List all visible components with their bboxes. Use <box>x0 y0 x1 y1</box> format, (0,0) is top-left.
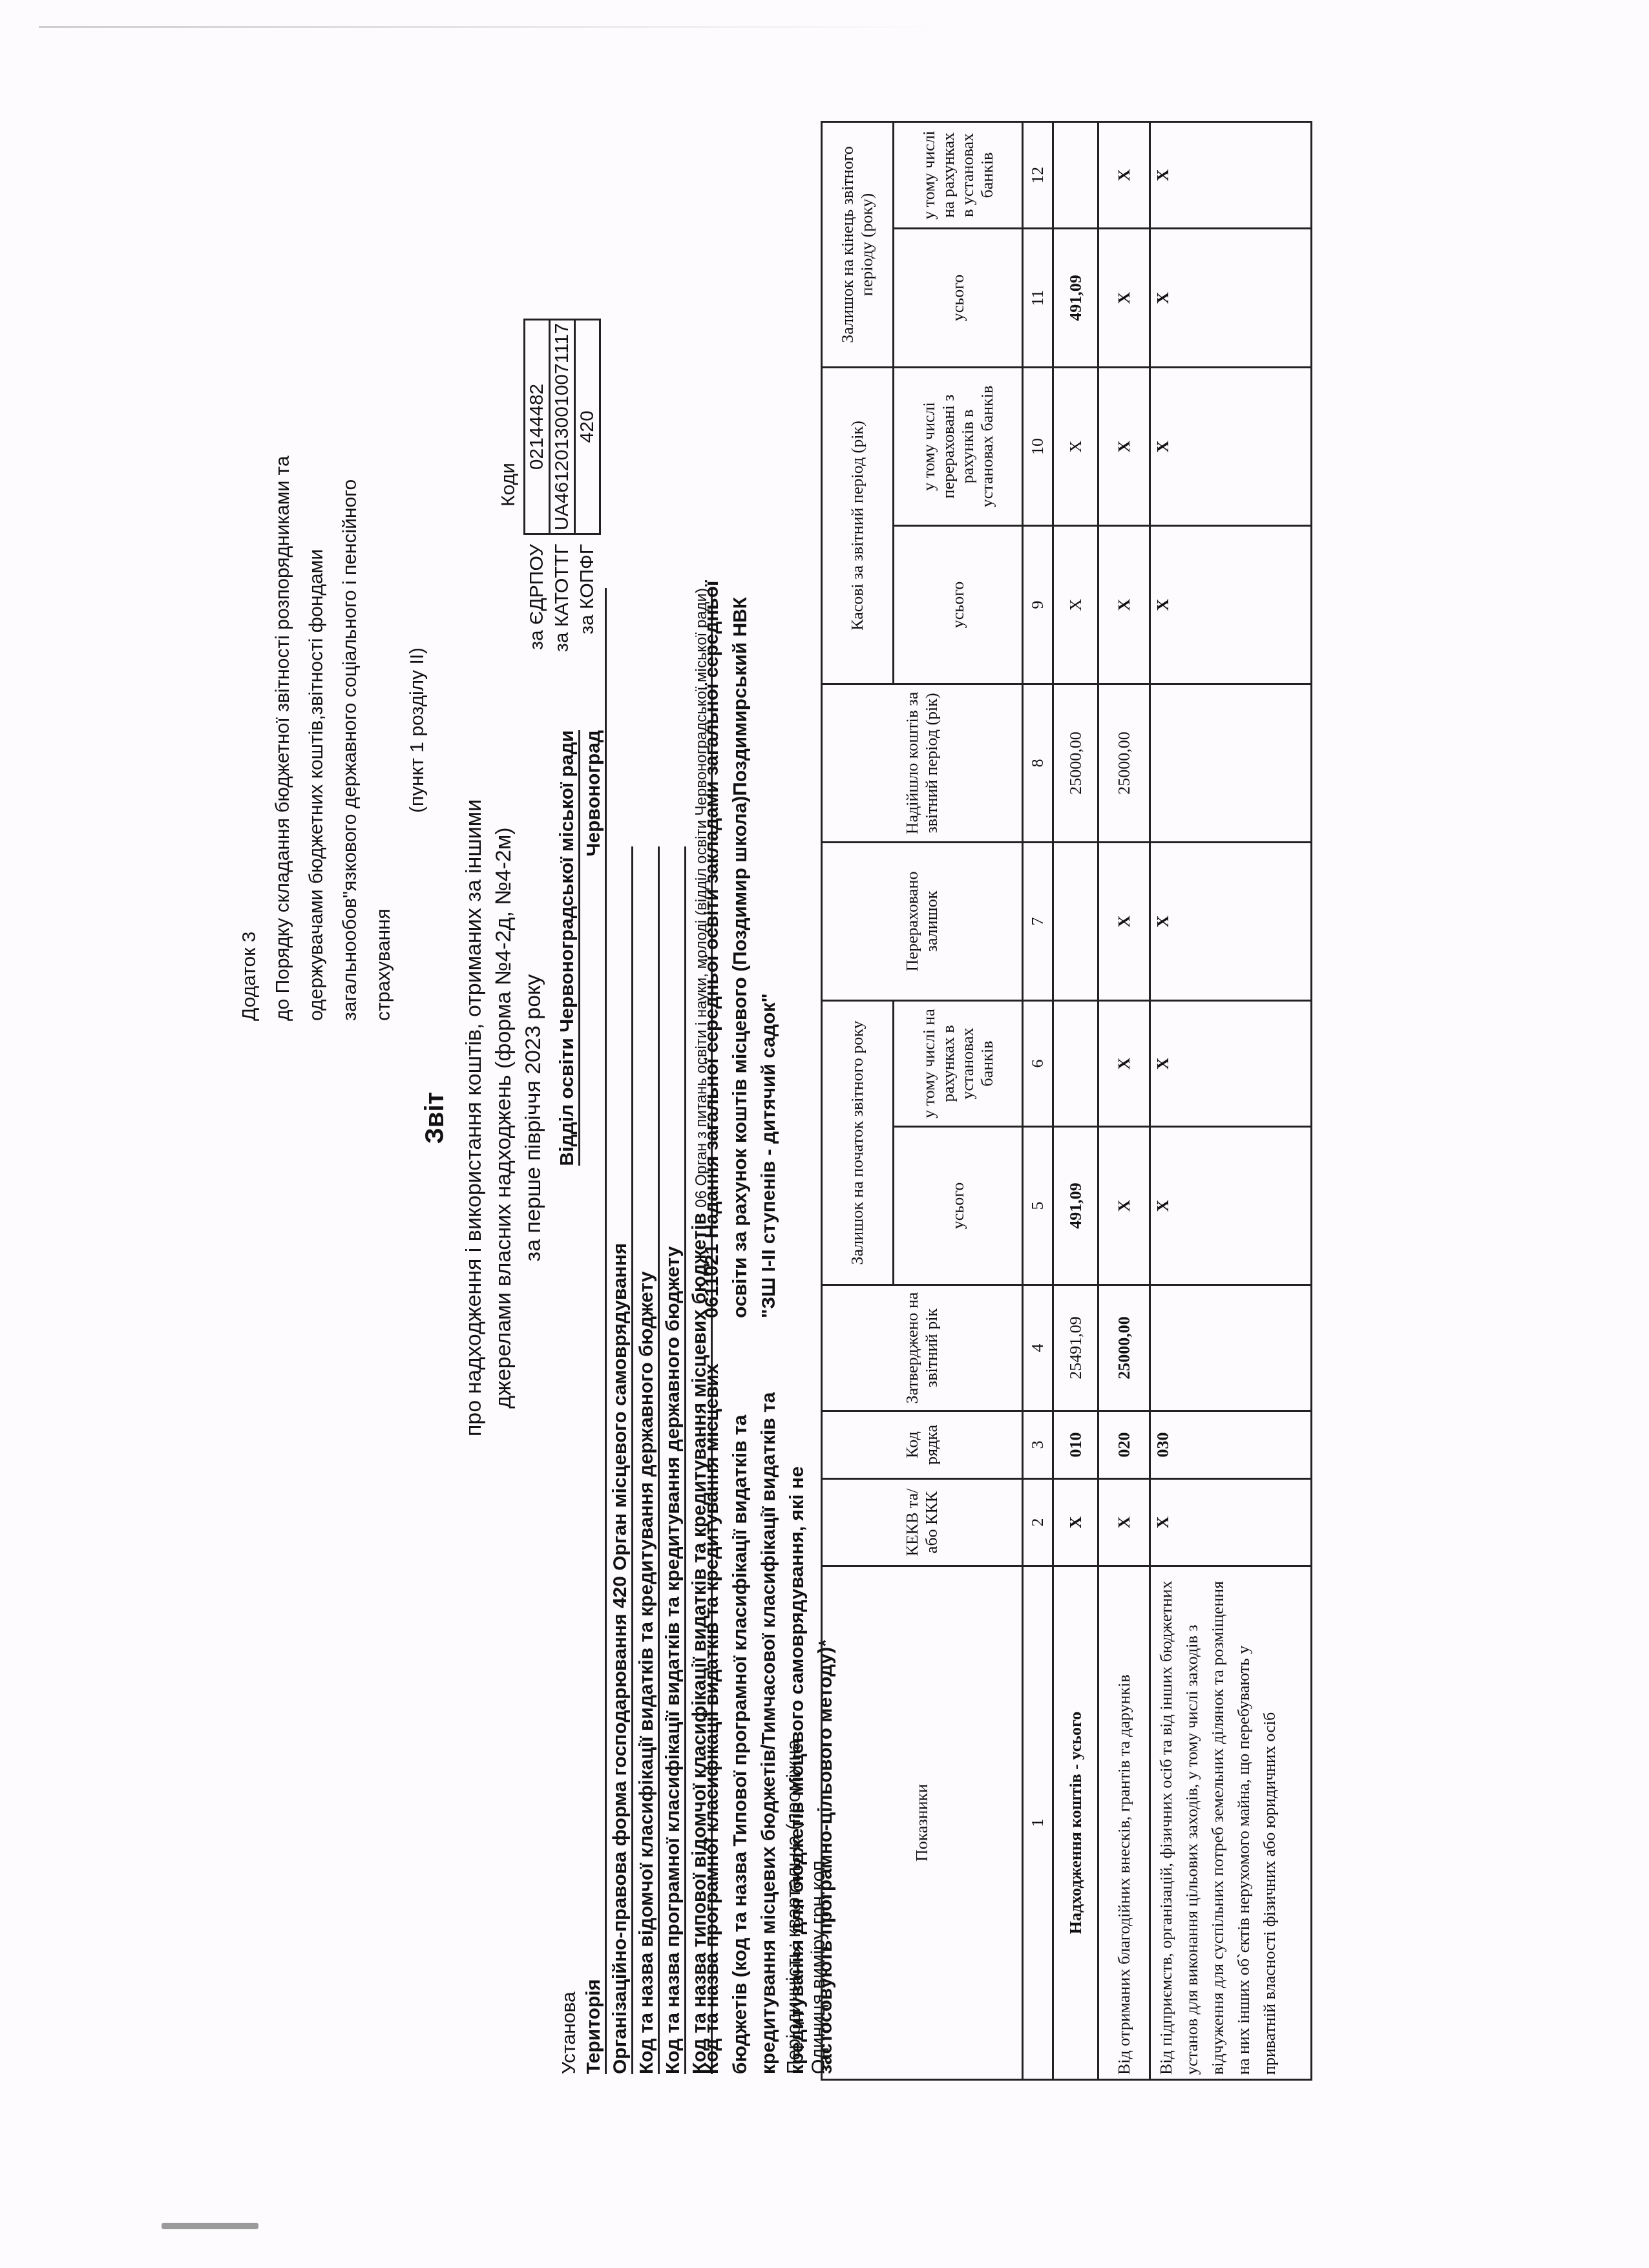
legal-form: Організаційно-правова форма господарюван… <box>609 1243 631 2074</box>
col-num: 12 <box>1023 122 1053 229</box>
row-name: Надходження коштів - усього <box>1053 1566 1098 2080</box>
table-row: Від підприємств, організацій, фізичних о… <box>1150 122 1312 2080</box>
row-end-total: 491,09 <box>1053 229 1098 368</box>
appendix-line: страхування <box>367 310 401 1021</box>
col-num: 1 <box>1023 1566 1053 2080</box>
col-num: 3 <box>1023 1411 1053 1479</box>
code-label: за ЄДРПОУ <box>525 534 550 653</box>
prog-class-row: Код та назва програмної класифікації вид… <box>660 846 686 2074</box>
row-cash-bank: X <box>1098 368 1150 526</box>
legal-form-row: Організаційно-правова форма господарюван… <box>607 846 633 2074</box>
institution-value: Відділ освіти Червоноградської міської р… <box>556 730 580 1166</box>
codes-header: Коди <box>498 394 520 575</box>
report-title: Звіт <box>420 569 450 1667</box>
periodicity: Періодичність: квартальна (проміжна <box>782 1739 806 2074</box>
row-start-bank: X <box>1150 1001 1312 1127</box>
table-row: Від отриманих благодійних внесків, грант… <box>1098 122 1150 2080</box>
row-received <box>1150 684 1312 843</box>
report-sheet: Додаток 3 до Порядку складання бюджетної… <box>0 0 1649 2268</box>
col-end-bank: у тому числі на рахунках в установах бан… <box>894 122 1023 229</box>
col-num: 6 <box>1023 1001 1053 1127</box>
dept-class: Код та назва відомчої класифікації видат… <box>636 1272 658 2074</box>
col-num: 4 <box>1023 1285 1053 1411</box>
row-transferred: X <box>1098 843 1150 1001</box>
row-end-total: X <box>1150 229 1312 368</box>
report-subtitle: про надходження і використання коштів, о… <box>459 569 488 1667</box>
col-cash: Касові за звітний період (рік) <box>822 368 894 684</box>
appendix-line: одержувачами бюджетних коштів,звітності … <box>300 310 333 1021</box>
dept-class-row: Код та назва відомчої класифікації видат… <box>633 846 660 2074</box>
appendix-line: до Порядку складання бюджетної звітності… <box>266 310 300 1021</box>
row-name: Від отриманих благодійних внесків, грант… <box>1098 1566 1150 2080</box>
appendix-block: Додаток 3 до Порядку складання бюджетної… <box>233 310 434 1021</box>
col-indicators: Показники <box>822 1566 1023 2080</box>
row-code: 020 <box>1098 1411 1150 1479</box>
col-approved: Затверджено на звітний рік <box>822 1285 1023 1411</box>
appendix-line: загальнообов"язкового державного соціаль… <box>333 310 367 1021</box>
row-start-bank: X <box>1098 1001 1150 1127</box>
col-num: 2 <box>1023 1479 1053 1566</box>
col-start-total: усього <box>894 1127 1023 1285</box>
column-numbers-row: 1 2 3 4 5 6 7 8 9 10 11 12 <box>1023 122 1053 2080</box>
row-kekv: X <box>1150 1479 1312 1566</box>
row-start-total: X <box>1150 1127 1312 1285</box>
row-cash-total: X <box>1098 526 1150 684</box>
territory-label: Територія <box>583 1979 605 2074</box>
row-transferred: X <box>1150 843 1312 1001</box>
local-program-value: 0611021 Надання загальної середньої осві… <box>698 575 783 1318</box>
code-row: за ЄДРПОУ 02144482 <box>525 320 550 653</box>
header-row: Показники КЕКВ та/або ККК Код рядка Затв… <box>822 122 894 2080</box>
col-cash-total: усього <box>894 526 1023 684</box>
col-start-bank: у тому числі на рахунках в установах бан… <box>894 1001 1023 1127</box>
row-code: 030 <box>1150 1411 1312 1479</box>
row-cash-bank: X <box>1053 368 1098 526</box>
row-cash-bank: X <box>1150 368 1312 526</box>
col-received: Надійшло коштів за звітний період (рік) <box>822 684 1023 843</box>
row-end-total: X <box>1098 229 1150 368</box>
col-transferred: Перераховано залишок <box>822 843 1023 1001</box>
row-end-bank: X <box>1098 122 1150 229</box>
row-start-total: 491,09 <box>1053 1127 1098 1285</box>
row-cash-total: X <box>1053 526 1098 684</box>
col-num: 11 <box>1023 229 1053 368</box>
col-end-total: усього <box>894 229 1023 368</box>
institution-row: Установа Відділ освіти Червоноградської … <box>556 588 580 2074</box>
row-transferred <box>1053 843 1098 1001</box>
report-title-block: Звіт про надходження і використання кошт… <box>420 569 548 1667</box>
col-row-code: Код рядка <box>822 1411 1023 1479</box>
row-received: 25000,00 <box>1053 684 1098 843</box>
code-value: UA46120130010071117 <box>550 320 575 534</box>
header-fields: Установа Відділ освіти Червоноградської … <box>556 588 713 2074</box>
report-subtitle: джерелами власних надходжень (форма №4-2… <box>488 569 518 1667</box>
row-start-total: X <box>1098 1127 1150 1285</box>
row-name: Від підприємств, організацій, фізичних о… <box>1150 1566 1312 2080</box>
code-value: 02144482 <box>525 320 550 534</box>
col-balance-end: Залишок на кінець звітного періоду (року… <box>822 122 894 368</box>
col-cash-bank: у тому числі перераховані з рахунків в у… <box>894 368 1023 526</box>
row-kekv: X <box>1098 1479 1150 1566</box>
table-row: Надходження коштів - усього X 010 25491,… <box>1053 122 1098 2080</box>
row-end-bank: X <box>1150 122 1312 229</box>
col-num: 10 <box>1023 368 1053 526</box>
territory-row: Територія Червоноград <box>580 588 607 2074</box>
col-kekv: КЕКВ та/або ККК <box>822 1479 1023 1566</box>
row-approved: 25000,00 <box>1098 1285 1150 1411</box>
row-end-bank <box>1053 122 1098 229</box>
prog-class: Код та назва програмної класифікації вид… <box>662 1246 684 2074</box>
institution-label: Установа <box>558 1991 580 2074</box>
col-num: 7 <box>1023 843 1053 1001</box>
row-kekv: X <box>1053 1479 1098 1566</box>
report-period: за перше півріччя 2023 року <box>518 569 548 1667</box>
col-num: 9 <box>1023 526 1053 684</box>
col-num: 5 <box>1023 1127 1053 1285</box>
row-code: 010 <box>1053 1411 1098 1479</box>
row-approved <box>1150 1285 1312 1411</box>
report-table: Показники КЕКВ та/або ККК Код рядка Затв… <box>821 121 1312 2081</box>
row-received: 25000,00 <box>1098 684 1150 843</box>
col-balance-start: Залишок на початок звітного року <box>822 1001 894 1285</box>
appendix-title: Додаток 3 <box>233 310 266 1021</box>
territory-value: Червоноград <box>583 730 605 856</box>
row-start-bank <box>1053 1001 1098 1127</box>
col-num: 8 <box>1023 684 1053 843</box>
code-value: 420 <box>575 320 600 534</box>
row-cash-total: X <box>1150 526 1312 684</box>
row-approved: 25491,09 <box>1053 1285 1098 1411</box>
